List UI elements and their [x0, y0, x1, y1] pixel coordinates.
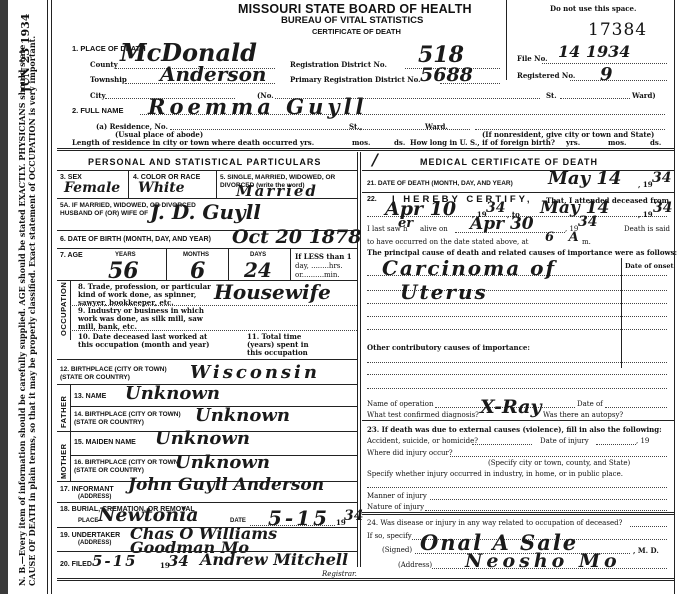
column-divider — [357, 152, 361, 567]
st-label: St. — [546, 91, 557, 100]
days-value: 24 — [244, 258, 272, 282]
medical-mark: / — [372, 150, 378, 169]
time-of-death: 6 A — [545, 230, 584, 245]
manner-injury-label: Manner of injury — [367, 492, 427, 500]
date-of-death-label: 21. DATE OF DEATH (MONTH, DAY, AND YEAR) — [367, 180, 513, 187]
registration-district-label: Registration District No. — [290, 60, 387, 69]
physician-address: Neosho Mo — [465, 550, 621, 572]
birthplace-label: 12. BIRTHPLACE (CITY OR TOWN) (STATE OR … — [60, 366, 180, 382]
nature-injury-label: Nature of injury — [367, 503, 424, 511]
undertaker-sub: (ADDRESS) — [78, 540, 111, 546]
us-yrs: yrs. — [566, 138, 580, 147]
death-year-prefix: , 19 — [638, 180, 653, 189]
file-no-label: File No. — [517, 54, 548, 63]
file-no-value: 14 1934 — [558, 42, 630, 61]
specify-injury-label: Specify whether injury occurred in indus… — [367, 470, 623, 478]
informant-sub: (ADDRESS) — [78, 494, 111, 500]
attended-to: May 14 — [540, 198, 609, 218]
city-label: City — [90, 91, 106, 100]
undertaker-label: 19. UNDERTAKER — [60, 532, 120, 539]
age-label: 7. AGE — [60, 252, 83, 259]
mother-maiden-label: 15. MAIDEN NAME — [74, 439, 136, 446]
last-saw-year: 34 — [578, 214, 597, 230]
burial-place-value: Newtonia — [98, 504, 199, 526]
spouse-value: J. D. Guyll — [150, 200, 261, 224]
trade-label: 8. Trade, profession, or particular kind… — [78, 283, 213, 307]
length-residence-label: Length of residence in city or town wher… — [72, 138, 297, 147]
yrs-label: yrs. — [300, 138, 314, 147]
registrar-signature: Andrew Mitchell — [200, 550, 348, 569]
us-label: How long in U. S., if of foreign birth? — [410, 138, 555, 147]
trade-value: Housewife — [214, 280, 331, 304]
where-injury-label: Where did injury occur? — [367, 449, 453, 457]
to-year-prefix: , 19 — [638, 210, 653, 219]
informant-label: 17. INFORMANT — [60, 486, 114, 493]
margin-rule — [47, 0, 52, 594]
board-title: MISSOURI STATE BOARD OF HEALTH — [238, 2, 472, 16]
ds-label: ds. — [394, 138, 405, 147]
occupation-related-label: 24. Was disease or injury in any way rel… — [367, 519, 622, 527]
scan-edge — [0, 0, 8, 594]
other-causes-label: Other contributory causes of importance: — [367, 343, 530, 352]
alive-on-label: alive on — [420, 225, 448, 233]
to-year: 34 — [653, 200, 672, 216]
attended-from: Apr 10 — [385, 198, 456, 220]
dob-label: 6. DATE OF BIRTH (MONTH, DAY, AND YEAR) — [60, 236, 211, 243]
filed-label: 20. FILED — [60, 561, 92, 568]
occupation-vertical-label: OCCUPATION — [59, 282, 68, 336]
medical-heading: MEDICAL CERTIFICATE OF DEATH — [420, 157, 598, 167]
if-so-label: If so, specify — [367, 532, 412, 540]
autopsy-label: Was there an autopsy? — [543, 411, 623, 419]
right-border — [674, 0, 675, 594]
primary-district-label: Primary Registration District No. — [290, 75, 421, 84]
full-name-value: Roemma Guyll — [148, 94, 368, 119]
cause-line-2: Uterus — [400, 280, 488, 304]
last-saw-date: Apr 30 — [470, 214, 534, 234]
father-birthplace-label: 14. BIRTHPLACE (CITY OR TOWN) (STATE OR … — [74, 411, 194, 427]
father-vertical-label: FATHER — [59, 396, 68, 428]
full-name-label: 2. FULL NAME — [72, 106, 124, 115]
cause-line-1: Carcinoma of — [382, 256, 556, 280]
registered-no-label: Registered No. — [517, 71, 575, 80]
dob-value: Oct 20 1878 — [232, 226, 361, 248]
section-rule — [57, 148, 674, 151]
birthplace-value: Wisconsin — [190, 362, 320, 383]
registrar-label: Registrar. — [322, 570, 357, 578]
township-label: Township — [90, 75, 127, 84]
township-value: Anderson — [160, 62, 266, 86]
less-day: day, ........hrs. — [295, 262, 343, 270]
primary-district-value: 5688 — [420, 64, 473, 86]
mother-birthplace-value: Unknown — [175, 452, 270, 473]
test-label: What test confirmed diagnosis? — [367, 411, 479, 419]
registered-no-value: 9 — [600, 64, 613, 85]
signed-label: (Signed) — [382, 546, 412, 554]
ward-line — [560, 98, 630, 99]
us-ds: ds. — [650, 138, 661, 147]
mos-label: mos. — [352, 138, 370, 147]
office-box-border — [506, 0, 507, 80]
sex-value: Female — [64, 180, 120, 196]
address-label: (Address) — [398, 561, 432, 569]
residence-ward: Ward. — [425, 122, 448, 131]
burial-year-value: 34 — [344, 508, 363, 524]
md-label: , M. D. — [633, 546, 659, 555]
last-saw-her: er — [398, 216, 413, 231]
operation-label: Name of operation — [367, 400, 433, 408]
test-value: X-Ray — [480, 396, 542, 418]
where-injury-sub: (Specify city or town, county, and State… — [488, 459, 630, 467]
ward-label: Ward) — [632, 91, 656, 100]
injury-date-label: Date of injury — [540, 437, 589, 445]
county-label: County — [90, 60, 118, 69]
office-note: Do not use this space. — [550, 4, 636, 13]
received-stamp: JUN 23 1934 — [19, 14, 32, 92]
informant-value: John Guyll Anderson — [128, 475, 324, 495]
filed-year: 34 — [168, 552, 189, 570]
burial-place-label: PLACE — [78, 518, 98, 524]
operation-date-label: Date of — [577, 400, 603, 408]
registered-no-line — [570, 80, 667, 81]
certificate-title: CERTIFICATE OF DEATH — [312, 27, 401, 36]
total-time-label: 11. Total time (years) spent in this occ… — [247, 333, 322, 357]
death-said-label: Death is said — [624, 225, 670, 233]
bureau-title: BUREAU OF VITAL STATISTICS — [281, 15, 423, 26]
death-year-value: 34 — [652, 170, 671, 186]
m-label: m. — [582, 238, 591, 246]
less-than-label: If LESS than 1 — [295, 252, 352, 261]
date-of-onset-label: Date of onset — [625, 262, 674, 270]
residence-st: St., — [349, 122, 362, 131]
father-birthplace-value: Unknown — [195, 405, 290, 426]
mother-vertical-label: MOTHER — [59, 444, 68, 480]
date-of-death-value: May 14 — [548, 168, 621, 189]
less-or: or..........min. — [295, 271, 340, 279]
father-name-value: Unknown — [125, 383, 220, 404]
external-causes-label: 23. If death was due to external causes … — [367, 425, 662, 434]
injury-year-label: , 19 — [636, 437, 649, 445]
mother-maiden-value: Unknown — [155, 428, 250, 449]
personal-heading: PERSONAL AND STATISTICAL PARTICULARS — [88, 157, 321, 167]
us-mos: mos. — [608, 138, 626, 147]
certificate-number: 17384 — [588, 20, 647, 40]
father-name-label: 13. NAME — [74, 393, 106, 400]
filed-date: 5-15 — [92, 552, 138, 570]
race-value: White — [138, 180, 185, 196]
industry-label: 9. Industry or business in which work wa… — [78, 307, 213, 331]
last-worked-label: 10. Date deceased last worked at this oc… — [78, 333, 213, 349]
accident-label: Accident, suicide, or homicide? — [367, 437, 478, 445]
occurred-label: to have occurred on the date stated abov… — [367, 238, 528, 246]
certify-number: 22. — [367, 196, 377, 203]
